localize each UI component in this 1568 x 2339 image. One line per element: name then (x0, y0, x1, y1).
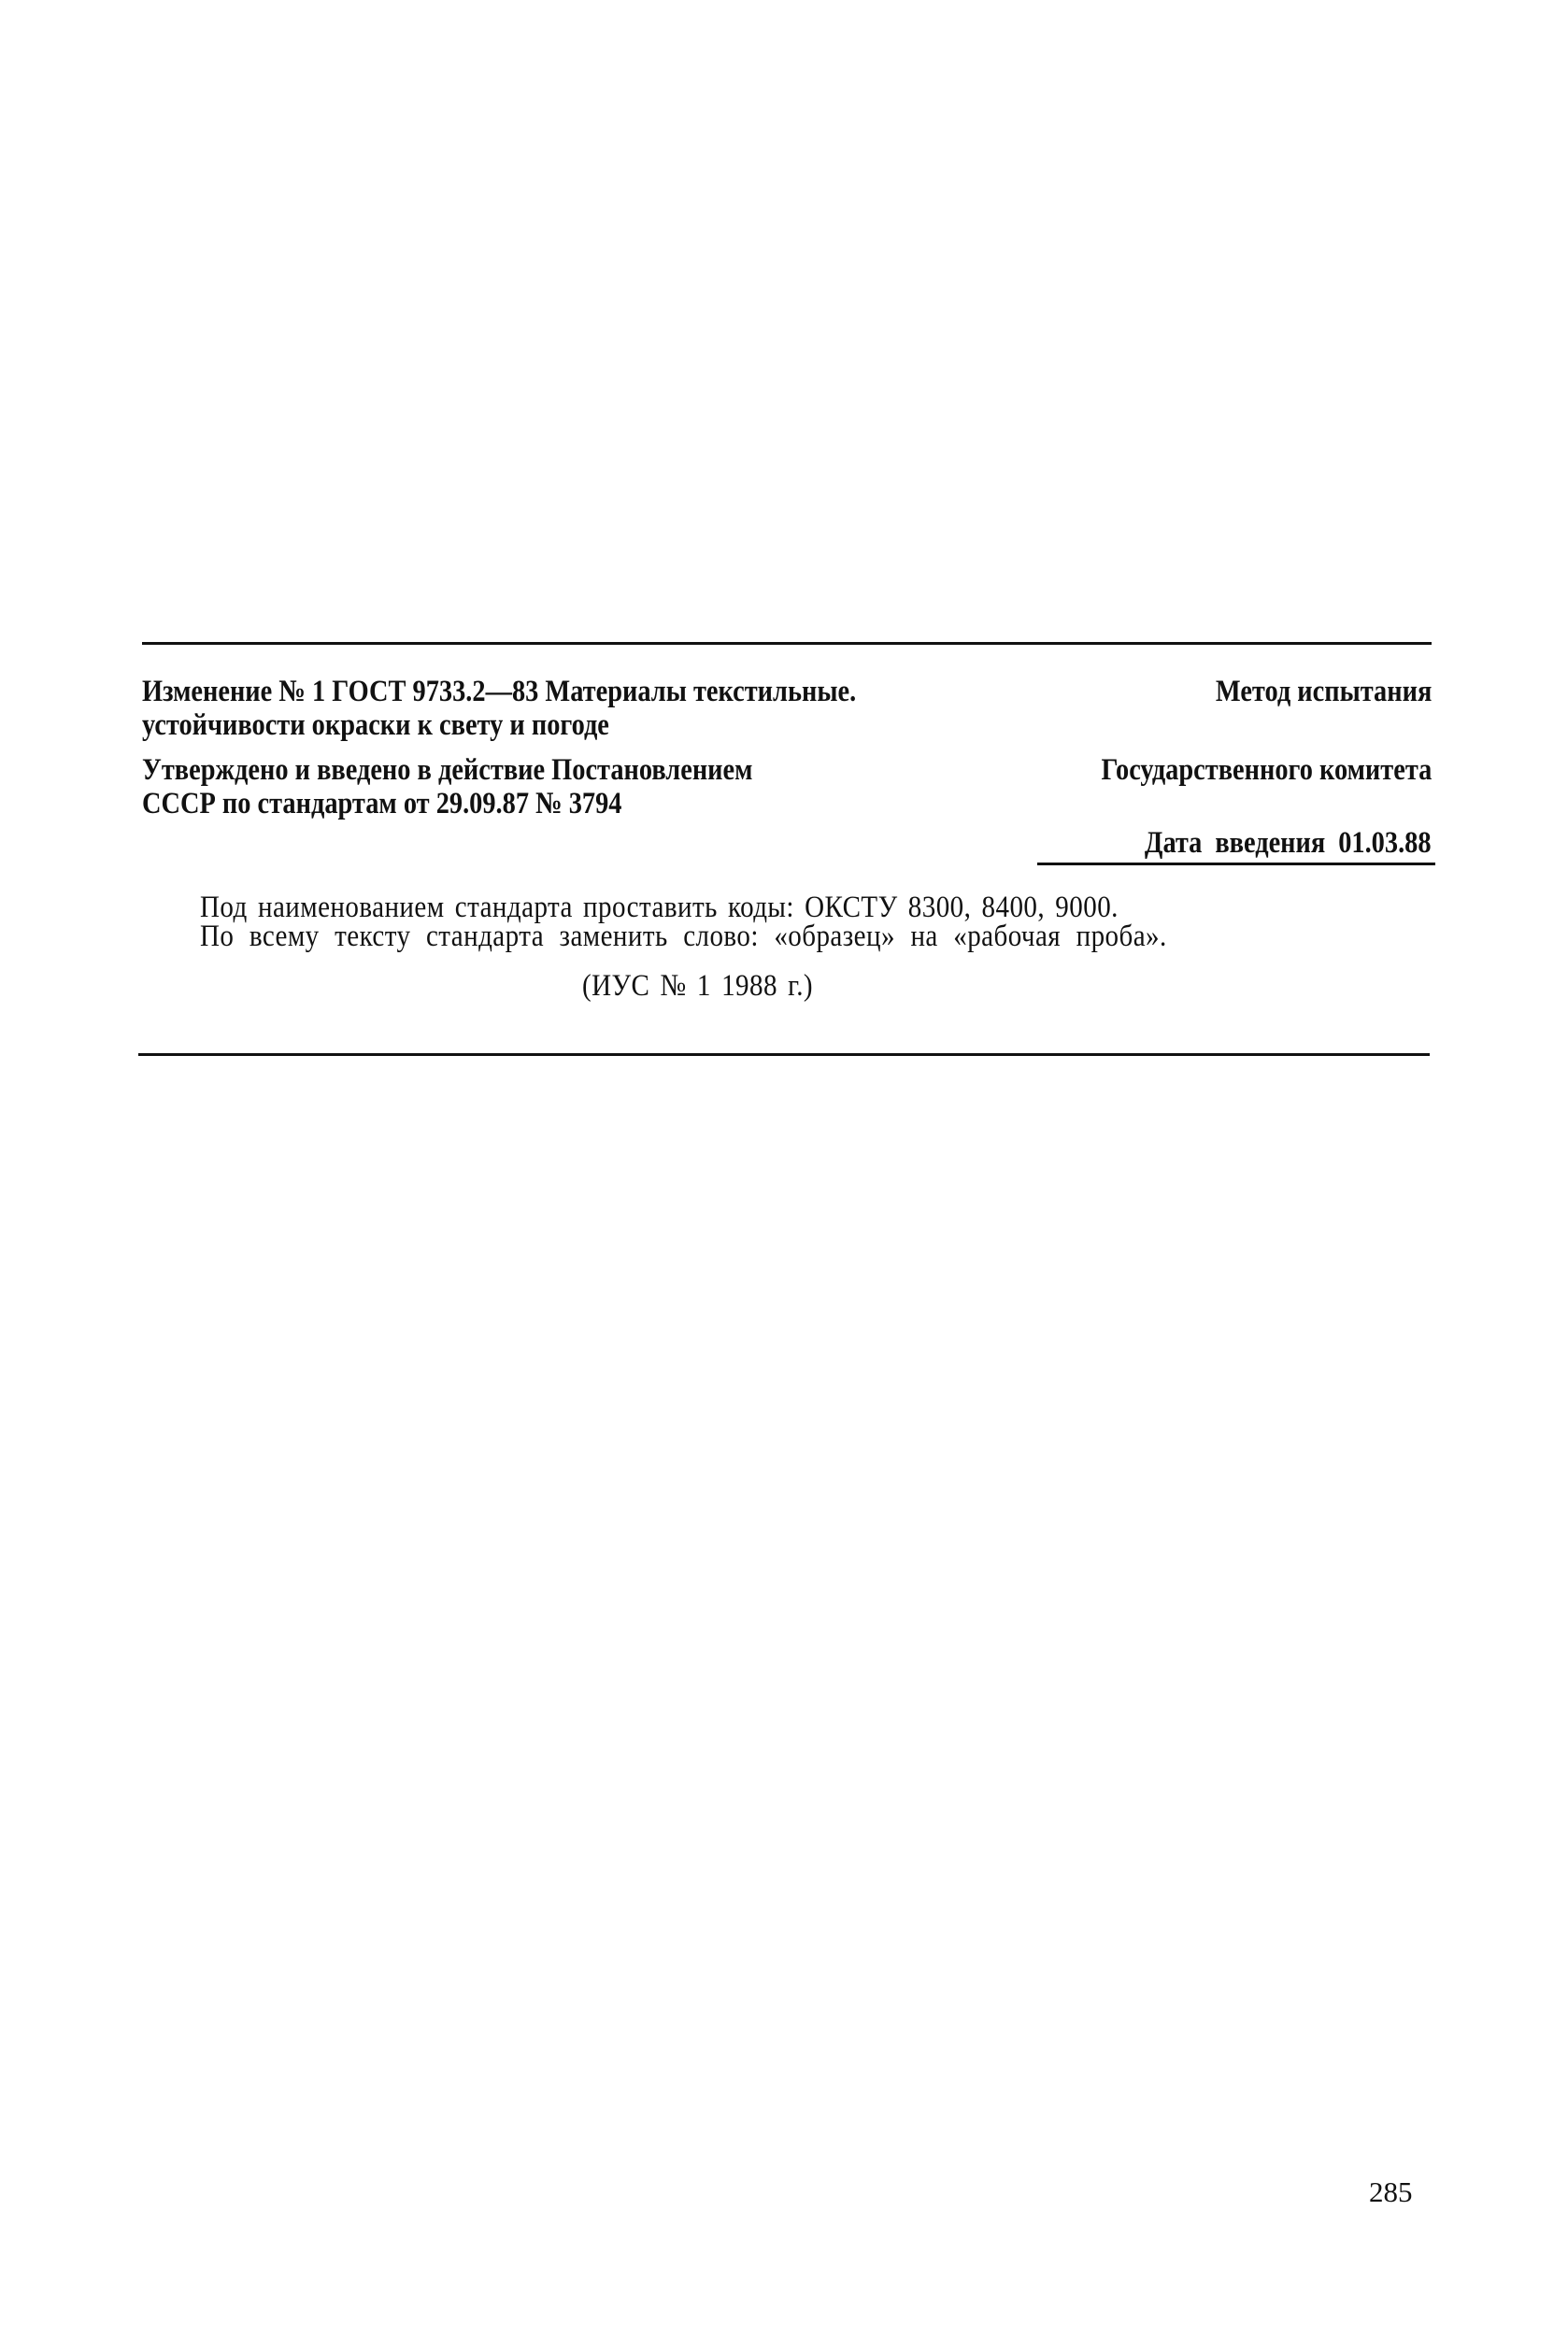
effective-date: Дата введения 01.03.88 (1145, 826, 1432, 860)
instruction-codes: Под наименованием стандарта проставить к… (200, 893, 1119, 921)
amendment-title-line-1: Изменение № 1 ГОСТ 9733.2—83 Материалы т… (142, 675, 1432, 708)
ius-reference: (ИУС № 1 1988 г.) (582, 972, 813, 1000)
approval-statement: Утверждено и введено в действие Постанов… (142, 753, 1432, 820)
approval-line-1: Утверждено и введено в действие Постанов… (142, 753, 1432, 787)
bottom-divider (138, 1053, 1430, 1056)
top-divider (142, 642, 1432, 645)
effective-date-underline (1037, 863, 1435, 865)
amendment-title-right: Метод испытания (1216, 675, 1432, 708)
approval-line-1-right: Государственного комитета (1101, 753, 1432, 787)
page-number: 285 (1369, 2177, 1413, 2207)
amendment-title-line-2: устойчивости окраски к свету и погоде (142, 708, 1432, 742)
instruction-replace-word: По всему тексту стандарта заменить слово… (200, 922, 1167, 950)
amendment-title: Изменение № 1 ГОСТ 9733.2—83 Материалы т… (142, 675, 1432, 742)
approval-line-2: СССР по стандартам от 29.09.87 № 3794 (142, 787, 1432, 820)
amendment-title-left: Изменение № 1 ГОСТ 9733.2—83 Материалы т… (142, 675, 856, 708)
approval-line-1-left: Утверждено и введено в действие Постанов… (142, 753, 752, 787)
